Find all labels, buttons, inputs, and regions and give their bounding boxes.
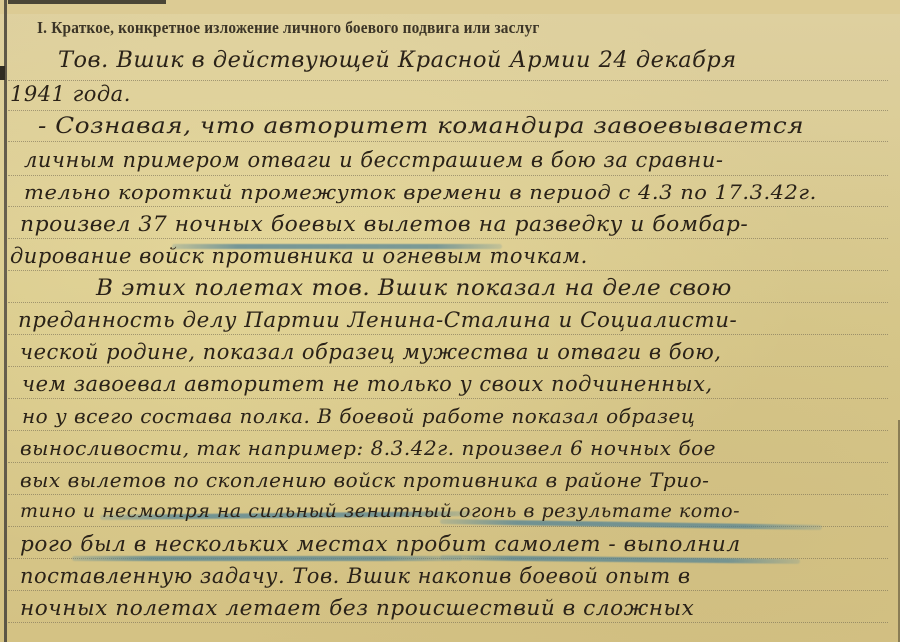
handwritten-line: поставленную задачу. Тов. Вшик накопив б… — [20, 564, 691, 588]
ruled-line — [8, 366, 888, 367]
ruled-line — [8, 206, 888, 207]
handwritten-line: Тов. Вшик в действующей Красной Армии 24… — [58, 48, 737, 73]
ruled-line — [8, 175, 888, 176]
handwritten-line: 1941 года. — [10, 82, 131, 106]
ruled-line — [8, 590, 888, 591]
handwritten-line: личным примером отваги и бесстрашием в б… — [24, 148, 723, 172]
handwritten-line: ночных полетах летает без происшествий в… — [20, 596, 694, 620]
top-border-rule — [8, 0, 166, 4]
handwritten-line: чем завоевал авторитет не только у своих… — [22, 372, 713, 396]
handwritten-line: дирование войск противника и огневым точ… — [10, 244, 588, 268]
handwritten-line: ческой родине, показал образец мужества … — [20, 340, 721, 364]
ruled-line — [8, 462, 888, 463]
ruled-line — [8, 110, 888, 111]
ruled-line — [8, 494, 888, 495]
handwritten-line: преданность делу Партии Ленина-Сталина и… — [18, 308, 737, 332]
handwritten-line: тельно короткий промежуток времени в пер… — [24, 180, 817, 204]
ruled-line — [8, 398, 888, 399]
document-page: I. Краткое, конкретное изложение личного… — [0, 0, 900, 642]
handwritten-line: произвел 37 ночных боевых вылетов на раз… — [20, 212, 748, 236]
form-section-heading: I. Краткое, конкретное изложение личного… — [37, 18, 539, 38]
handwritten-line: - Сознавая, что авторитет командира заво… — [38, 114, 804, 139]
ruled-line — [8, 622, 888, 623]
ruled-line — [8, 302, 888, 303]
handwritten-line: выносливости, так например: 8.3.42г. про… — [20, 436, 716, 460]
handwritten-line: тино и несмотря на сильный зенитный огон… — [20, 500, 740, 522]
handwritten-line: но у всего состава полка. В боевой работ… — [22, 404, 695, 428]
handwritten-line: В этих полетах тов. Вшик показал на деле… — [96, 276, 732, 301]
handwritten-line: вых вылетов по скоплению войск противник… — [20, 468, 709, 492]
ruled-line — [8, 334, 888, 335]
ruled-line — [8, 430, 888, 431]
handwritten-line: рого был в нескольких местах пробит само… — [20, 532, 741, 556]
ruled-line — [8, 141, 888, 142]
pencil-underline — [440, 555, 800, 564]
left-border-mark — [0, 66, 5, 80]
ruled-line — [8, 270, 888, 271]
ruled-line — [8, 80, 888, 81]
pencil-underline — [72, 556, 462, 561]
left-border-rule — [4, 0, 7, 642]
ruled-line — [8, 238, 888, 239]
